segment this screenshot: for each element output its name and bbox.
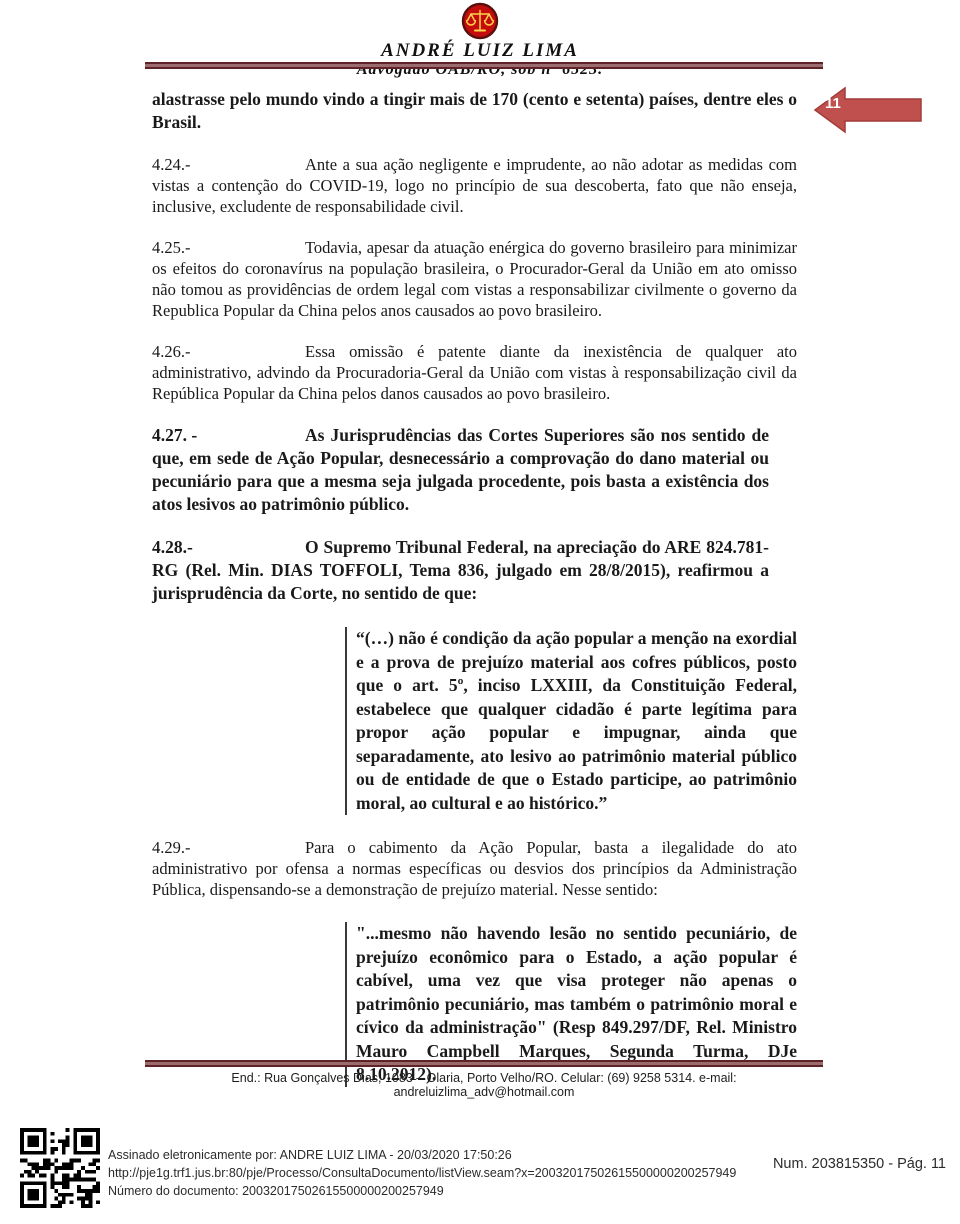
footer-address: End.: Rua Gonçalves Dias, 1083 – Olaria,… [145,1071,823,1099]
page-number-arrow: 11 [813,86,923,134]
paragraph-number: 4.29.- [152,837,305,858]
document-body: alastrasse pelo mundo vindo a tingir mai… [152,88,797,1109]
scales-of-justice-icon [461,2,499,40]
signature-block: Assinado eletronicamente por: ANDRE LUIZ… [108,1146,728,1200]
paragraph-4-27: 4.27. -As Jurisprudências das Cortes Sup… [152,424,769,516]
document-page-reference: Num. 203815350 - Pág. 11 [773,1156,946,1172]
paragraph-4-29: 4.29.-Para o cabimento da Ação Popular, … [152,837,797,900]
header-rule [145,62,823,69]
paragraph-intro: alastrasse pelo mundo vindo a tingir mai… [152,88,797,134]
paragraph-number: 4.26.- [152,341,305,362]
lawyer-name: ANDRÉ LUIZ LIMA [0,41,960,61]
quote-stf: “(…) não é condição da ação popular a me… [345,627,797,815]
paragraph-number: 4.24.- [152,154,305,175]
signature-doc-number: Número do documento: 2003201750261550000… [108,1182,728,1200]
document-page: ANDRÉ LUIZ LIMA Advogado OAB/RO, sob nº … [0,0,960,1224]
signature-url: http://pje1g.trf1.jus.br:80/pje/Processo… [108,1164,728,1182]
paragraph-number: 4.25.- [152,237,305,258]
qr-code-icon [20,1128,100,1208]
paragraph-4-28: 4.28.-O Supremo Tribunal Federal, na apr… [152,536,769,605]
paragraph-4-25: 4.25.-Todavia, apesar da atuação enérgic… [152,237,797,321]
page-number-label: 11 [825,95,841,112]
paragraph-number: 4.27. - [152,424,305,447]
footer-rule [145,1060,823,1067]
paragraph-number: 4.28.- [152,536,305,559]
signature-line: Assinado eletronicamente por: ANDRE LUIZ… [108,1146,728,1164]
paragraph-4-26: 4.26.-Essa omissão é patente diante da i… [152,341,797,404]
paragraph-4-24: 4.24.-Ante a sua ação negligente e impru… [152,154,797,217]
